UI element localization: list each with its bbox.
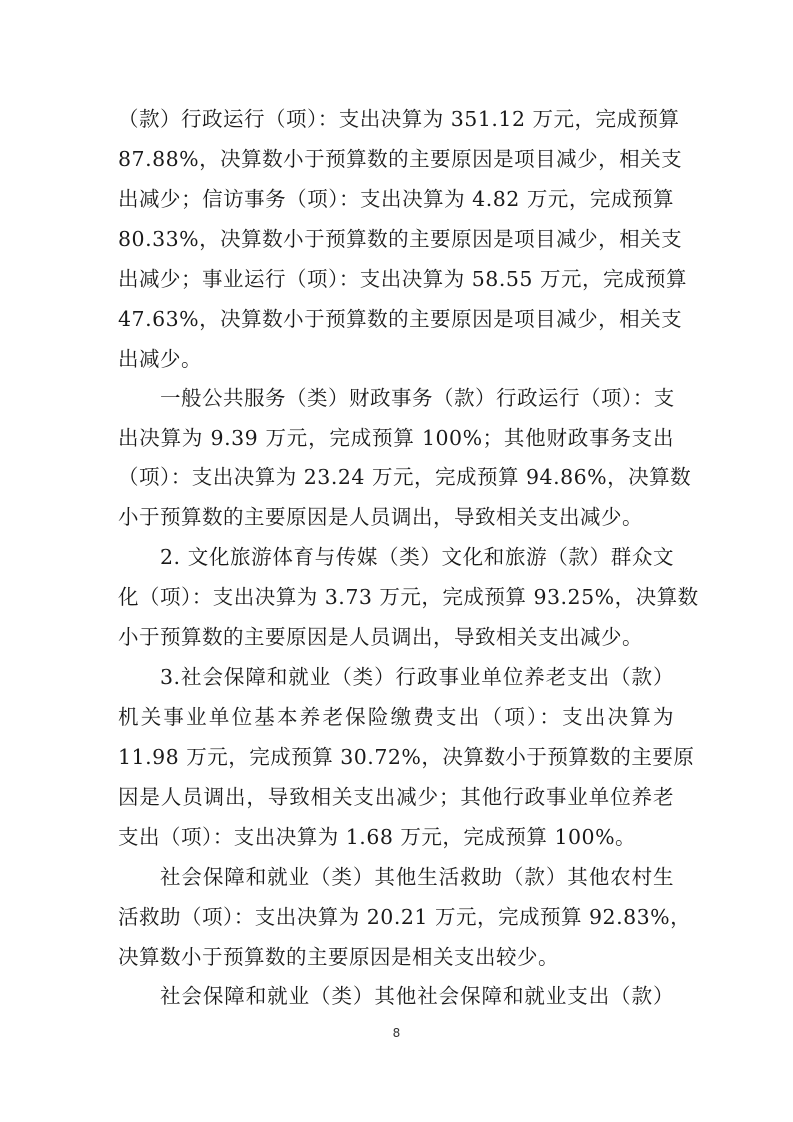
text-line: 47.63%，决算数小于预算数的主要原因是项目减少，相关支 [118, 299, 674, 339]
text-line: 出决算为 9.39 万元，完成预算 100%；其他财政事务支出 [118, 418, 674, 458]
page-number: 8 [0, 1026, 793, 1040]
text-line: 出减少。 [118, 339, 674, 379]
text-line: 小于预算数的主要原因是人员调出，导致相关支出减少。 [118, 617, 674, 657]
paragraph-start: 社会保障和就业（类）其他生活救助（款）其他农村生 [160, 857, 674, 897]
text-line: 支出（项）：支出决算为 1.68 万元，完成预算 100%。 [118, 817, 674, 857]
paragraph-start: 社会保障和就业（类）其他社会保障和就业支出（款） [160, 976, 674, 1016]
text-line: （项）：支出决算为 23.24 万元，完成预算 94.86%，决算数 [118, 457, 674, 497]
text-line: 因是人员调出，导致相关支出减少；其他行政事业单位养老 [118, 777, 674, 817]
text-line: （款）行政运行（项）：支出决算为 351.12 万元，完成预算 [118, 99, 674, 139]
text-line: 出减少；信访事务（项）：支出决算为 4.82 万元，完成预算 [118, 179, 674, 219]
text-line: 11.98 万元，完成预算 30.72%，决算数小于预算数的主要原 [118, 737, 674, 777]
paragraph-start: 2. 文化旅游体育与传媒（类）文化和旅游（款）群众文 [160, 537, 674, 577]
text-line: 化（项）：支出决算为 3.73 万元，完成预算 93.25%，决算数 [118, 577, 674, 617]
text-line: 87.88%，决算数小于预算数的主要原因是项目减少，相关支 [118, 139, 674, 179]
paragraph-start: 3.社会保障和就业（类）行政事业单位养老支出（款） [160, 657, 674, 697]
text-line: 活救助（项）：支出决算为 20.21 万元，完成预算 92.83%， [118, 897, 674, 937]
text-line: 小于预算数的主要原因是人员调出，导致相关支出减少。 [118, 497, 674, 537]
document-page: （款）行政运行（项）：支出决算为 351.12 万元，完成预算 87.88%，决… [0, 0, 793, 1122]
paragraph-start: 一般公共服务（类）财政事务（款）行政运行（项）：支 [160, 378, 674, 418]
text-line: 决算数小于预算数的主要原因是相关支出较少。 [118, 937, 674, 977]
text-line: 80.33%，决算数小于预算数的主要原因是项目减少，相关支 [118, 219, 674, 259]
text-line: 机关事业单位基本养老保险缴费支出（项）：支出决算为 [118, 697, 674, 737]
text-line: 出减少；事业运行（项）：支出决算为 58.55 万元，完成预算 [118, 259, 674, 299]
